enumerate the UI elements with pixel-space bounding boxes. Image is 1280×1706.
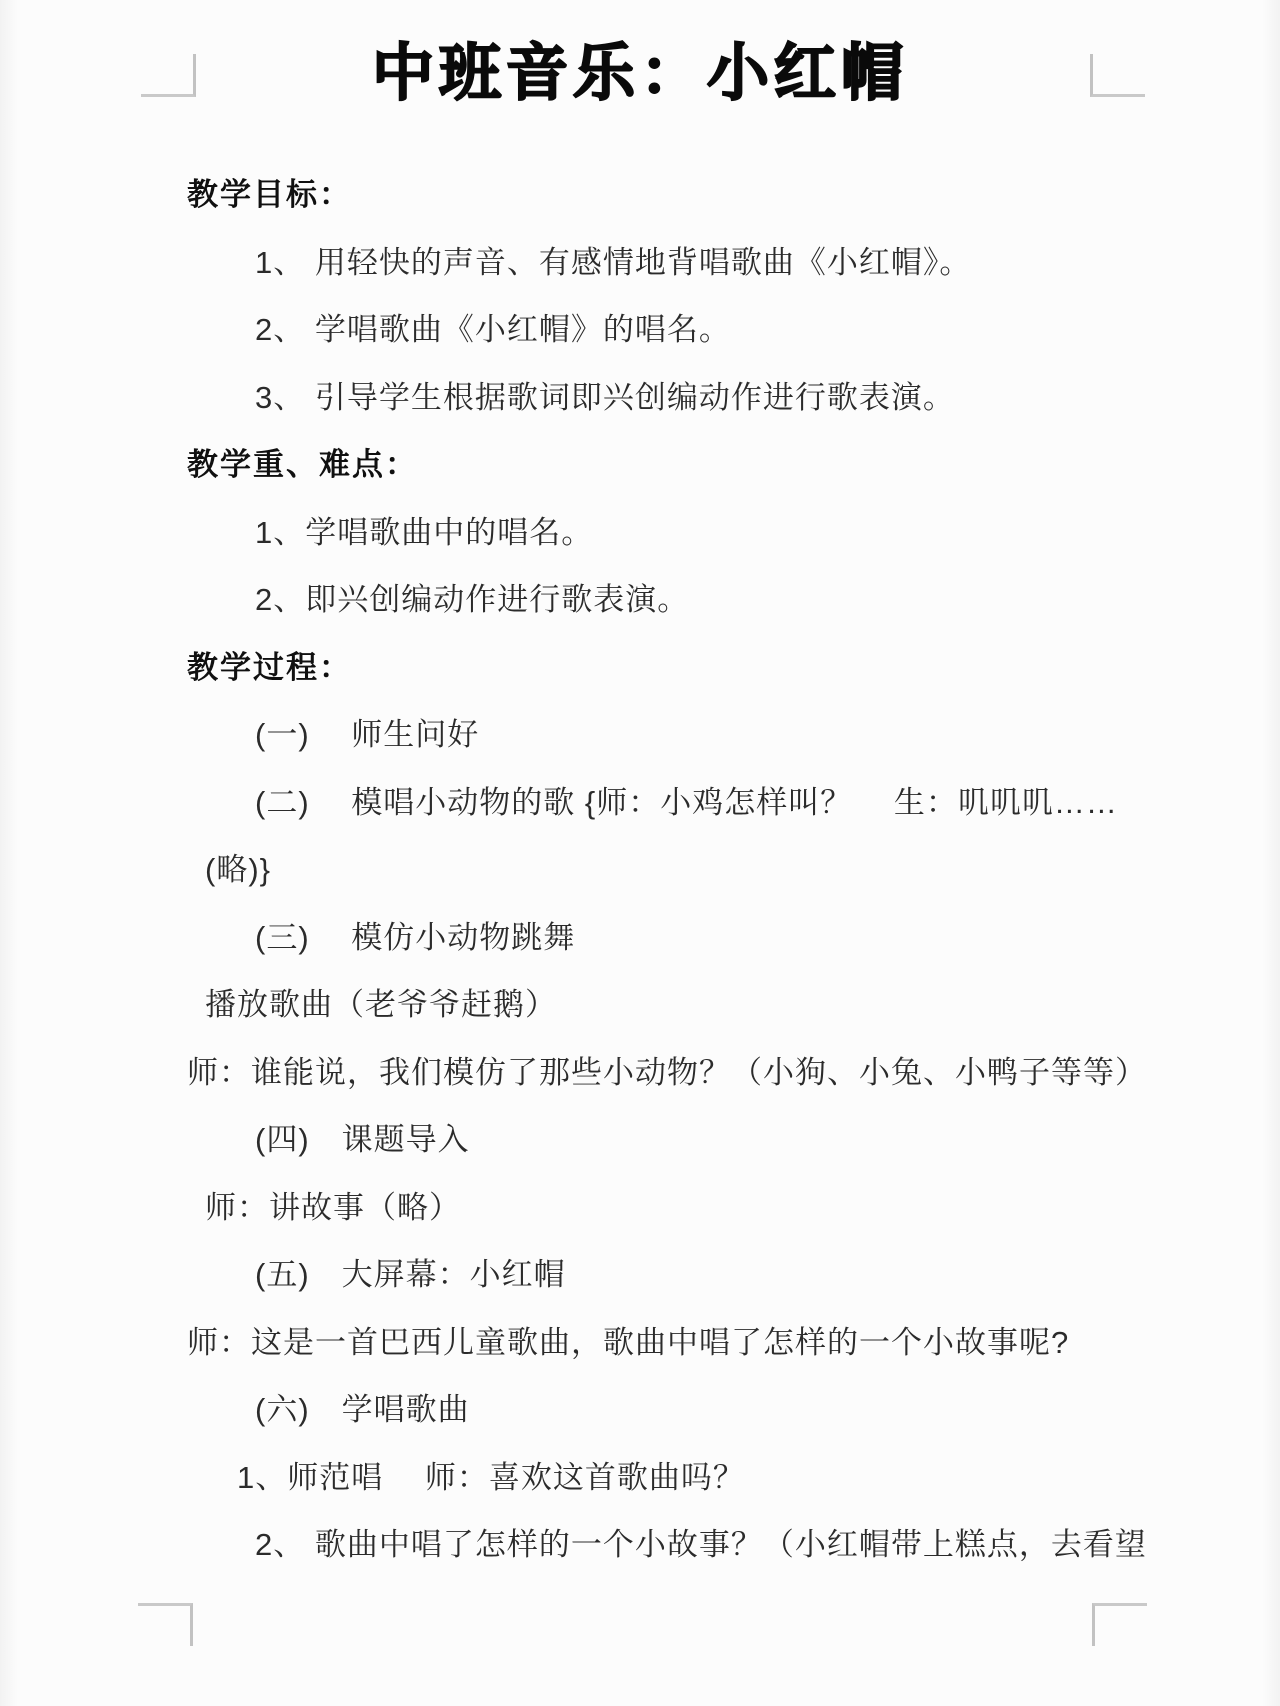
paragraph: 1、师范唱 师：喜欢这首歌曲吗？ [237,1444,1160,1512]
paragraph: (六) 学唱歌曲 [255,1376,1160,1444]
paragraph: 3、 引导学生根据歌词即兴创编动作进行歌表演。 [255,364,1160,432]
document-page: 中班音乐：小红帽 教学目标：1、 用轻快的声音、有感情地背唱歌曲《小红帽》。2、… [0,0,1280,1706]
paragraph: 2、即兴创编动作进行歌表演。 [255,566,1160,634]
document-body: 教学目标：1、 用轻快的声音、有感情地背唱歌曲《小红帽》。2、 学唱歌曲《小红帽… [187,161,1160,1579]
paragraph: (四) 课题导入 [255,1106,1160,1174]
crop-mark-bottom-right-icon [1092,1603,1147,1646]
paragraph: 1、 用轻快的声音、有感情地背唱歌曲《小红帽》。 [255,229,1160,297]
paragraph: 2、 歌曲中唱了怎样的一个小故事？（小红帽带上糕点，去看望 [255,1511,1160,1579]
paragraph: 播放歌曲（老爷爷赶鹅） [205,971,1160,1039]
paragraph: 师：这是一首巴西儿童歌曲，歌曲中唱了怎样的一个小故事呢? [187,1309,1160,1377]
section-heading: 教学过程： [187,634,1160,702]
paragraph: (略)} [205,836,1160,904]
page-title: 中班音乐：小红帽 [0,34,1280,114]
paragraph: (五) 大屏幕：小红帽 [255,1241,1160,1309]
paragraph: 1、学唱歌曲中的唱名。 [255,499,1160,567]
section-heading: 教学目标： [187,161,1160,229]
paragraph: (三) 模仿小动物跳舞 [255,904,1160,972]
section-heading: 教学重、难点： [187,431,1160,499]
paragraph: (二) 模唱小动物的歌 {师：小鸡怎样叫？ 生：叽叽叽…… [255,769,1160,837]
crop-mark-bottom-left-icon [138,1603,193,1646]
paragraph: 师：谁能说，我们模仿了那些小动物？（小狗、小兔、小鸭子等等） [187,1039,1160,1107]
paragraph: 2、 学唱歌曲《小红帽》的唱名。 [255,296,1160,364]
paragraph: (一) 师生问好 [255,701,1160,769]
paragraph: 师：讲故事（略） [205,1174,1160,1242]
